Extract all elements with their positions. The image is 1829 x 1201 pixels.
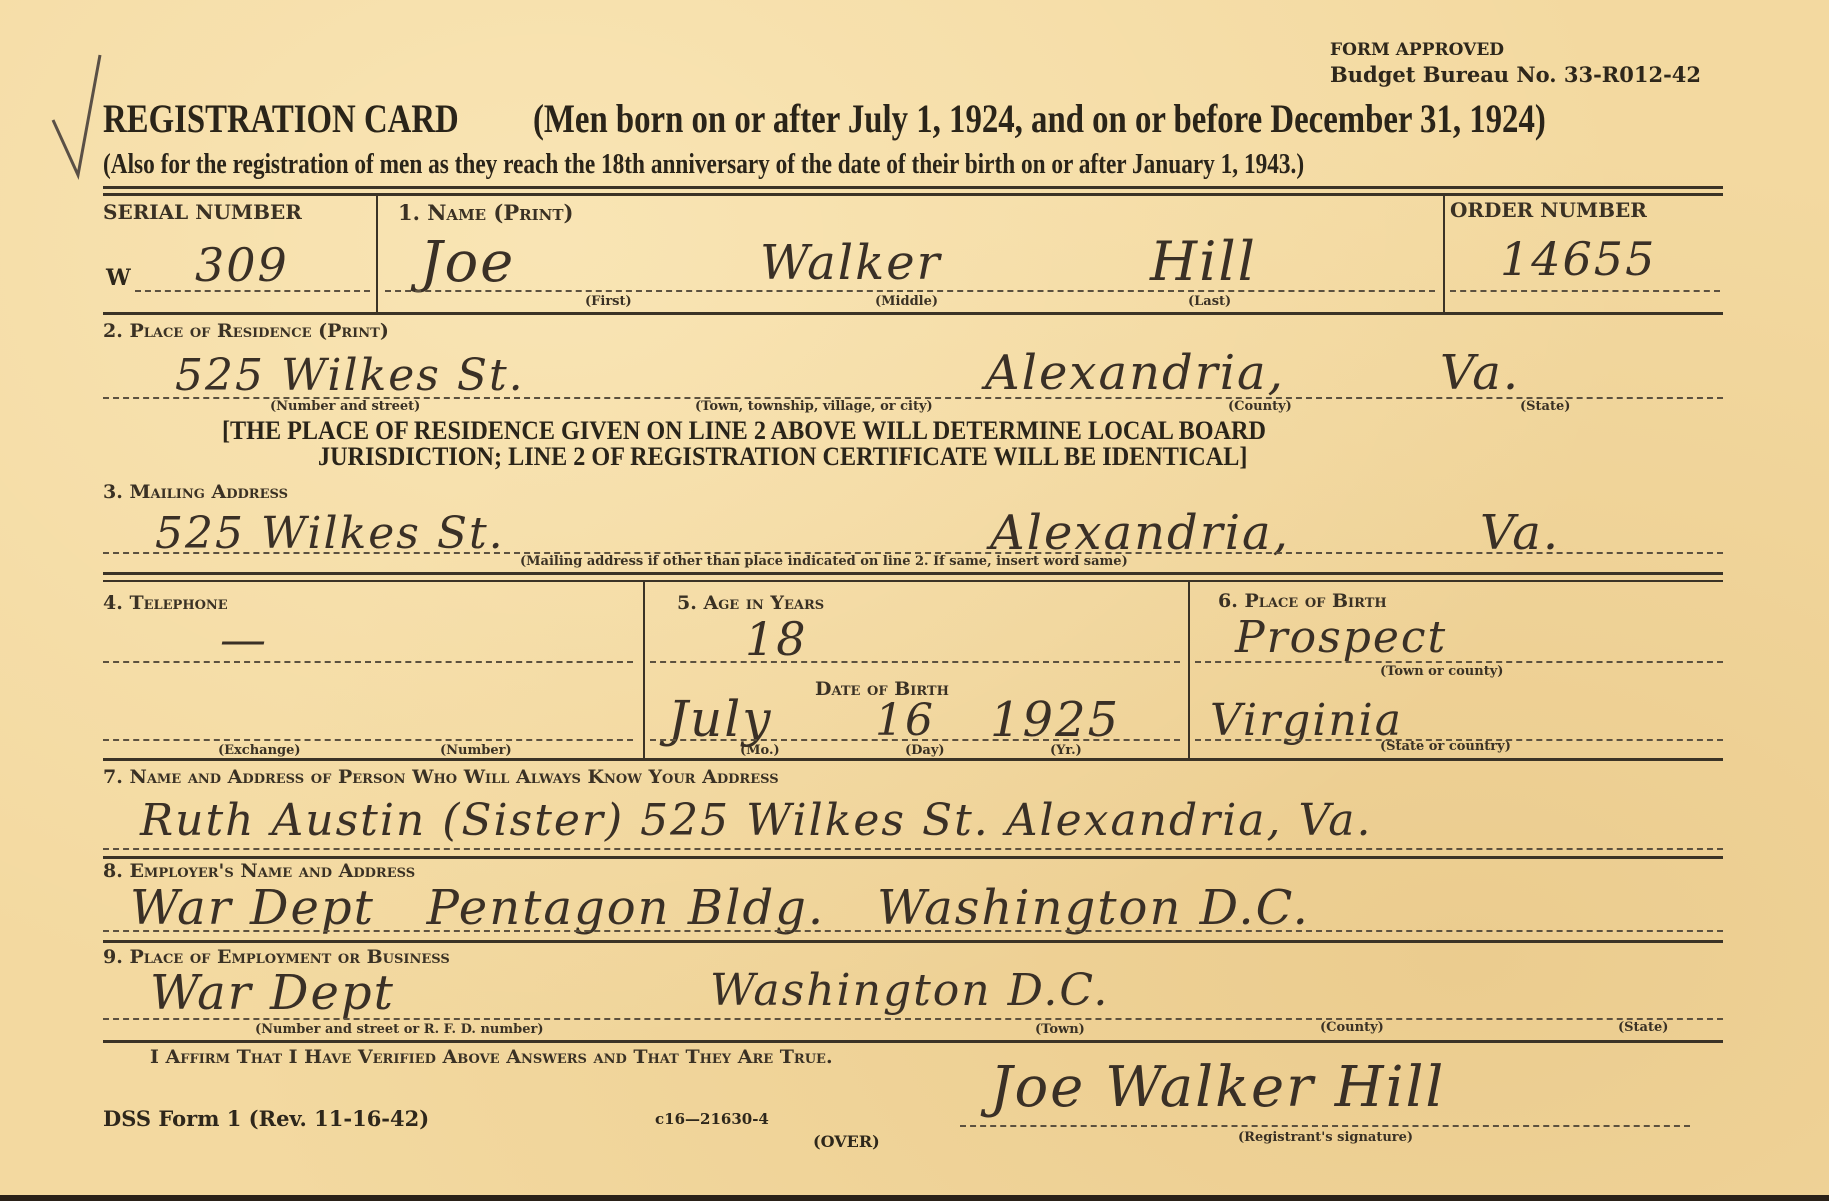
serial-number-label: SERIAL NUMBER: [103, 200, 302, 224]
contact-value: Ruth Austin (Sister) 525 Wilkes St. Alex…: [140, 795, 1372, 846]
contact-label: 7. Name and Address of Person Who Will A…: [103, 766, 779, 788]
over-note: (OVER): [813, 1132, 880, 1151]
employer-value: War Dept Pentagon Bldg. Washington D.C.: [130, 880, 1310, 936]
dob-month-caption: (Mo.): [740, 743, 780, 758]
form-approved: FORM APPROVED: [1330, 40, 1504, 60]
residence-street-caption: (Number and street): [270, 399, 420, 414]
dob-day-caption: (Day): [905, 743, 945, 758]
employment-town: Washington D.C.: [710, 965, 1109, 1016]
telephone-exchange-caption: (Exchange): [218, 743, 301, 758]
card-title-note: (Men born on or after July 1, 1924, and …: [533, 95, 1546, 142]
residence-state-caption: (State): [1520, 399, 1570, 414]
signature-caption: (Registrant's signature): [1238, 1130, 1413, 1145]
employment-county-caption: (County): [1320, 1020, 1384, 1035]
age-label: 5. Age in Years: [677, 592, 824, 614]
name-first-caption: (First): [585, 294, 632, 309]
telephone-number-caption: (Number): [440, 743, 512, 758]
residence-city: Alexandria,: [985, 345, 1285, 401]
name-last: Hill: [1150, 230, 1257, 293]
check-mark-icon: [48, 50, 108, 180]
employment-state-caption: (State): [1618, 1020, 1668, 1035]
form-id: DSS Form 1 (Rev. 11-16-42): [103, 1106, 429, 1131]
registration-card: FORM APPROVED Budget Bureau No. 33-R012-…: [0, 0, 1829, 1195]
residence-state: Va.: [1440, 345, 1520, 401]
serial-prefix: W: [106, 265, 131, 291]
residence-notice-line2: JURISDICTION; LINE 2 OF REGISTRATION CER…: [318, 442, 1247, 472]
name-label: 1. Name (Print): [398, 200, 573, 225]
budget-bureau-number: Budget Bureau No. 33-R012-42: [1330, 62, 1701, 87]
print-code: c16—21630-4: [655, 1110, 769, 1128]
name-middle-caption: (Middle): [875, 294, 938, 309]
employer-label: 8. Employer's Name and Address: [103, 860, 415, 882]
birthplace-town-caption: (Town or county): [1380, 664, 1503, 679]
order-number-value: 14655: [1500, 232, 1656, 286]
employment-street: War Dept: [150, 965, 395, 1021]
mailing-address-label: 3. Mailing Address: [103, 481, 288, 503]
telephone-value: —: [220, 612, 268, 666]
telephone-label: 4. Telephone: [103, 592, 228, 614]
employment-street-caption: (Number and street or R. F. D. number): [255, 1022, 543, 1037]
dob-year-caption: (Yr.): [1050, 743, 1082, 758]
residence-street: 525 Wilkes St.: [175, 350, 525, 401]
name-first: Joe: [420, 230, 515, 295]
residence-county-caption: (County): [1228, 399, 1292, 414]
mailing-caption: (Mailing address if other than place ind…: [520, 554, 1128, 569]
birthplace-label: 6. Place of Birth: [1218, 590, 1387, 612]
order-number-label: ORDER NUMBER: [1450, 198, 1647, 222]
name-last-caption: (Last): [1188, 294, 1231, 309]
residence-city-caption: (Town, township, village, or city): [695, 399, 933, 414]
birthplace-state-caption: (State or country): [1380, 739, 1511, 754]
serial-number-value: 309: [195, 238, 289, 292]
affirmation-text: I Affirm That I Have Verified Above Answ…: [150, 1046, 833, 1068]
registrant-signature: Joe Walker Hill: [990, 1055, 1445, 1120]
employment-town-caption: (Town): [1035, 1022, 1085, 1037]
residence-label: 2. Place of Residence (Print): [103, 320, 389, 342]
card-title: REGISTRATION CARD: [103, 95, 459, 142]
birthplace-town: Prospect: [1235, 612, 1447, 663]
name-middle: Walker: [760, 235, 942, 291]
age-value: 18: [745, 612, 808, 666]
card-subtitle: (Also for the registration of men as the…: [103, 148, 1304, 181]
